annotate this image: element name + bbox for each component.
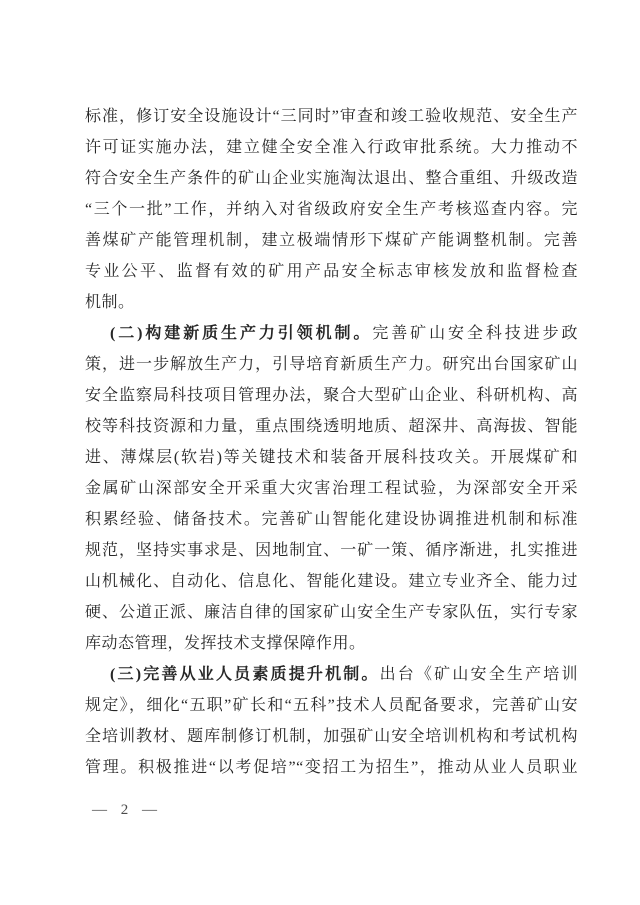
text-line: 许可证实施办法，建立健全安全准入行政审批系统。大力推动不	[85, 132, 578, 163]
text-run: 策，进一步解放生产力，引导培育新质生产力。研究出台国家矿山	[85, 356, 578, 373]
text-run: “三个一批”工作，并纳入对省级政府安全生产考核巡查内容。完	[85, 201, 578, 218]
text-line: 符合安全生产条件的矿山企业实施淘汰退出、整合重组、升级改造	[85, 163, 578, 194]
paragraph: (三)完善从业人员素质提升机制。出台《矿山安全生产培训规定》，细化“五职”矿长和…	[85, 659, 578, 783]
text-line: 金属矿山深部安全开采重大灾害治理工程试验，为深部安全开采	[85, 473, 578, 504]
text-line: 机制。	[85, 287, 578, 318]
page-number: — 2 —	[92, 800, 162, 820]
text-run: 全培训教材、题库制修订机制，加强矿山安全培训机构和考试机构	[85, 728, 578, 745]
paragraph-heading: (三)完善从业人员素质提升机制。	[110, 666, 380, 683]
text-line: 规定》，细化“五职”矿长和“五科”技术人员配备要求，完善矿山安	[85, 690, 578, 721]
text-run: 机制。	[85, 294, 135, 311]
text-run: 校等科技资源和力量，重点围绕透明地质、超深井、高海拔、智能掘	[85, 418, 578, 442]
text-line-heading: (二)构建新质生产力引领机制。完善矿山安全科技进步政	[85, 318, 578, 349]
text-run: 库动态管理，发挥技术支撑保障作用。	[85, 635, 366, 652]
text-line: 善煤矿产能管理机制，建立极端情形下煤矿产能调整机制。完善	[85, 225, 578, 256]
text-line: 山机械化、自动化、信息化、智能化建设。建立专业齐全、能力过	[85, 566, 578, 597]
text-line: 安全监察局科技项目管理办法，聚合大型矿山企业、科研机构、高	[85, 380, 578, 411]
text-line: 硬、公道正派、廉洁自律的国家矿山安全生产专家队伍，实行专家	[85, 597, 578, 628]
text-run: 管理。积极推进“以考促培”“变招工为招生”，推动从业人员职业	[85, 759, 578, 776]
document-body: 标准，修订安全设施设计“三同时”审查和竣工验收规范、安全生产许可证实施办法，建立…	[85, 101, 578, 783]
text-line: 标准，修订安全设施设计“三同时”审查和竣工验收规范、安全生产	[85, 101, 578, 132]
text-line: 专业公平、监督有效的矿用产品安全标志审核发放和监督检查	[85, 256, 578, 287]
text-line: 全培训教材、题库制修订机制，加强矿山安全培训机构和考试机构	[85, 721, 578, 752]
text-run: 许可证实施办法，建立健全安全准入行政审批系统。大力推动不	[85, 139, 578, 156]
text-line: “三个一批”工作，并纳入对省级政府安全生产考核巡查内容。完	[85, 194, 578, 225]
text-run: 积累经验、储备技术。完善矿山智能化建设协调推进机制和标准	[85, 511, 578, 528]
paragraph: (二)构建新质生产力引领机制。完善矿山安全科技进步政策，进一步解放生产力，引导培…	[85, 318, 578, 659]
text-run: 规定》，细化“五职”矿长和“五科”技术人员配备要求，完善矿山安	[85, 697, 578, 714]
text-line: 积累经验、储备技术。完善矿山智能化建设协调推进机制和标准	[85, 504, 578, 535]
text-run: 金属矿山深部安全开采重大灾害治理工程试验，为深部安全开采	[85, 480, 578, 497]
text-run: 硬、公道正派、廉洁自律的国家矿山安全生产专家队伍，实行专家	[85, 604, 578, 621]
text-run: 善煤矿产能管理机制，建立极端情形下煤矿产能调整机制。完善	[85, 232, 578, 249]
text-run: 符合安全生产条件的矿山企业实施淘汰退出、整合重组、升级改造	[85, 170, 578, 187]
text-run: 出台《矿山安全生产培训	[380, 666, 578, 683]
text-run: 规范，坚持实事求是、因地制宜、一矿一策、循序渐进，扎实推进矿	[85, 542, 578, 566]
text-line: 管理。积极推进“以考促培”“变招工为招生”，推动从业人员职业	[85, 752, 578, 783]
text-run: 进、薄煤层(软岩)等关键技术和装备开展科技攻关。开展煤矿和	[85, 449, 578, 466]
text-line: 策，进一步解放生产力，引导培育新质生产力。研究出台国家矿山	[85, 349, 578, 380]
text-line-heading: (三)完善从业人员素质提升机制。出台《矿山安全生产培训	[85, 659, 578, 690]
text-line: 库动态管理，发挥技术支撑保障作用。	[85, 628, 578, 659]
text-line: 进、薄煤层(软岩)等关键技术和装备开展科技攻关。开展煤矿和	[85, 442, 578, 473]
document-page: 标准，修订安全设施设计“三同时”审查和竣工验收规范、安全生产许可证实施办法，建立…	[0, 0, 640, 905]
page-number-label: — 2 —	[92, 802, 162, 818]
text-line: 校等科技资源和力量，重点围绕透明地质、超深井、高海拔、智能掘	[85, 411, 578, 442]
text-run: 山机械化、自动化、信息化、智能化建设。建立专业齐全、能力过	[85, 573, 578, 590]
text-run: 完善矿山安全科技进步政	[372, 325, 578, 342]
text-line: 规范，坚持实事求是、因地制宜、一矿一策、循序渐进，扎实推进矿	[85, 535, 578, 566]
paragraph-heading: (二)构建新质生产力引领机制。	[110, 325, 372, 342]
paragraph: 标准，修订安全设施设计“三同时”审查和竣工验收规范、安全生产许可证实施办法，建立…	[85, 101, 578, 318]
text-run: 专业公平、监督有效的矿用产品安全标志审核发放和监督检查	[85, 263, 578, 280]
text-run: 安全监察局科技项目管理办法，聚合大型矿山企业、科研机构、高	[85, 387, 578, 404]
text-run: 标准，修订安全设施设计“三同时”审查和竣工验收规范、安全生产	[85, 108, 578, 125]
